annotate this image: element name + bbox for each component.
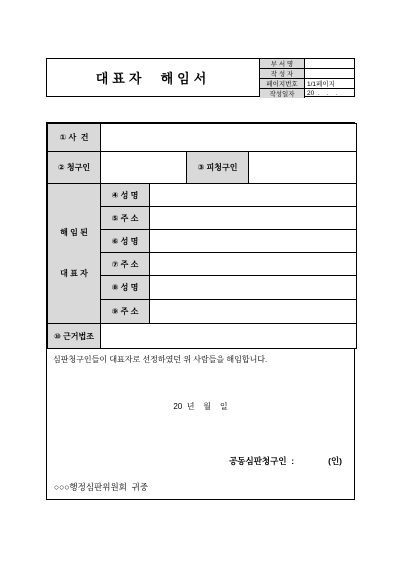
statement-area: 심판청구인들이 대표자로 선정하였던 위 사람들을 해임합니다. 20 년 월 … <box>47 348 354 499</box>
rep-address-value-3[interactable] <box>150 300 357 324</box>
joint-claimant-label: 공동심판청구인 : <box>229 456 294 466</box>
form-table: ① 사 건 ② 청구인 ③ 피청구인 해 임 된 대 표 자 ④ 성 명 ⑤ 주… <box>47 123 357 349</box>
date-created-label: 작성일자 <box>260 89 305 98</box>
claimant-value[interactable] <box>101 152 187 184</box>
rep-address-label-1: ⑤ 주 소 <box>101 207 150 230</box>
page-number-value: 1/1페이지 <box>305 79 354 89</box>
header-box: 대표자 해임서 부 서 명 작 성 자 페이지번호 1/1페이지 작성일자 20… <box>46 58 355 97</box>
rep-address-label-2: ⑦ 주 소 <box>101 253 150 276</box>
header-info-table: 부 서 명 작 성 자 페이지번호 1/1페이지 작성일자 20 . . . <box>259 59 354 96</box>
legal-basis-row: ⑩ 근거법조 <box>48 324 357 349</box>
rep-name-value-3[interactable] <box>150 276 357 300</box>
signer-line: 공동심판청구인 :(인) <box>215 445 342 477</box>
case-row: ① 사 건 <box>48 124 357 152</box>
page-title: 대표자 해임서 <box>96 68 211 87</box>
rep-name-label-3: ⑧ 성 명 <box>101 276 150 300</box>
case-value[interactable] <box>101 124 357 152</box>
rep-address-value-2[interactable] <box>150 253 357 276</box>
case-label: ① 사 건 <box>48 124 101 152</box>
legal-basis-value[interactable] <box>101 324 357 349</box>
page-number-label: 페이지번호 <box>260 79 305 89</box>
rep-address-value-1[interactable] <box>150 207 357 230</box>
dept-name-label: 부 서 명 <box>260 59 305 69</box>
rep-address-label-3: ⑨ 주 소 <box>101 300 150 324</box>
recipient-line: ○○○행정심판위원회 귀중 <box>54 481 148 493</box>
rep-name-label-1: ④ 성 명 <box>101 184 150 207</box>
rep-name-value-2[interactable] <box>150 230 357 253</box>
seal-placeholder: (인) <box>328 456 342 466</box>
author-value[interactable] <box>305 69 354 79</box>
title-area: 대표자 해임서 <box>47 59 259 96</box>
rep-row-1: 해 임 된 대 표 자 ④ 성 명 <box>48 184 357 207</box>
respondent-value[interactable] <box>249 152 357 184</box>
rep-name-value-1[interactable] <box>150 184 357 207</box>
main-form-box: ① 사 건 ② 청구인 ③ 피청구인 해 임 된 대 표 자 ④ 성 명 ⑤ 주… <box>46 122 355 500</box>
statement-text: 심판청구인들이 대표자로 선정하였던 위 사람들을 해임합니다. <box>53 354 348 365</box>
legal-basis-label: ⑩ 근거법조 <box>48 324 101 349</box>
claimant-row: ② 청구인 ③ 피청구인 <box>48 152 357 184</box>
claimant-label: ② 청구인 <box>48 152 101 184</box>
respondent-label: ③ 피청구인 <box>187 152 249 184</box>
author-label: 작 성 자 <box>260 69 305 79</box>
date-line: 20 년 월 일 <box>47 401 354 412</box>
rep-name-label-2: ⑥ 성 명 <box>101 230 150 253</box>
date-created-value[interactable]: 20 . . . <box>305 89 354 98</box>
dismissed-representative-group-label: 해 임 된 대 표 자 <box>48 184 101 324</box>
dept-name-value[interactable] <box>305 59 354 69</box>
